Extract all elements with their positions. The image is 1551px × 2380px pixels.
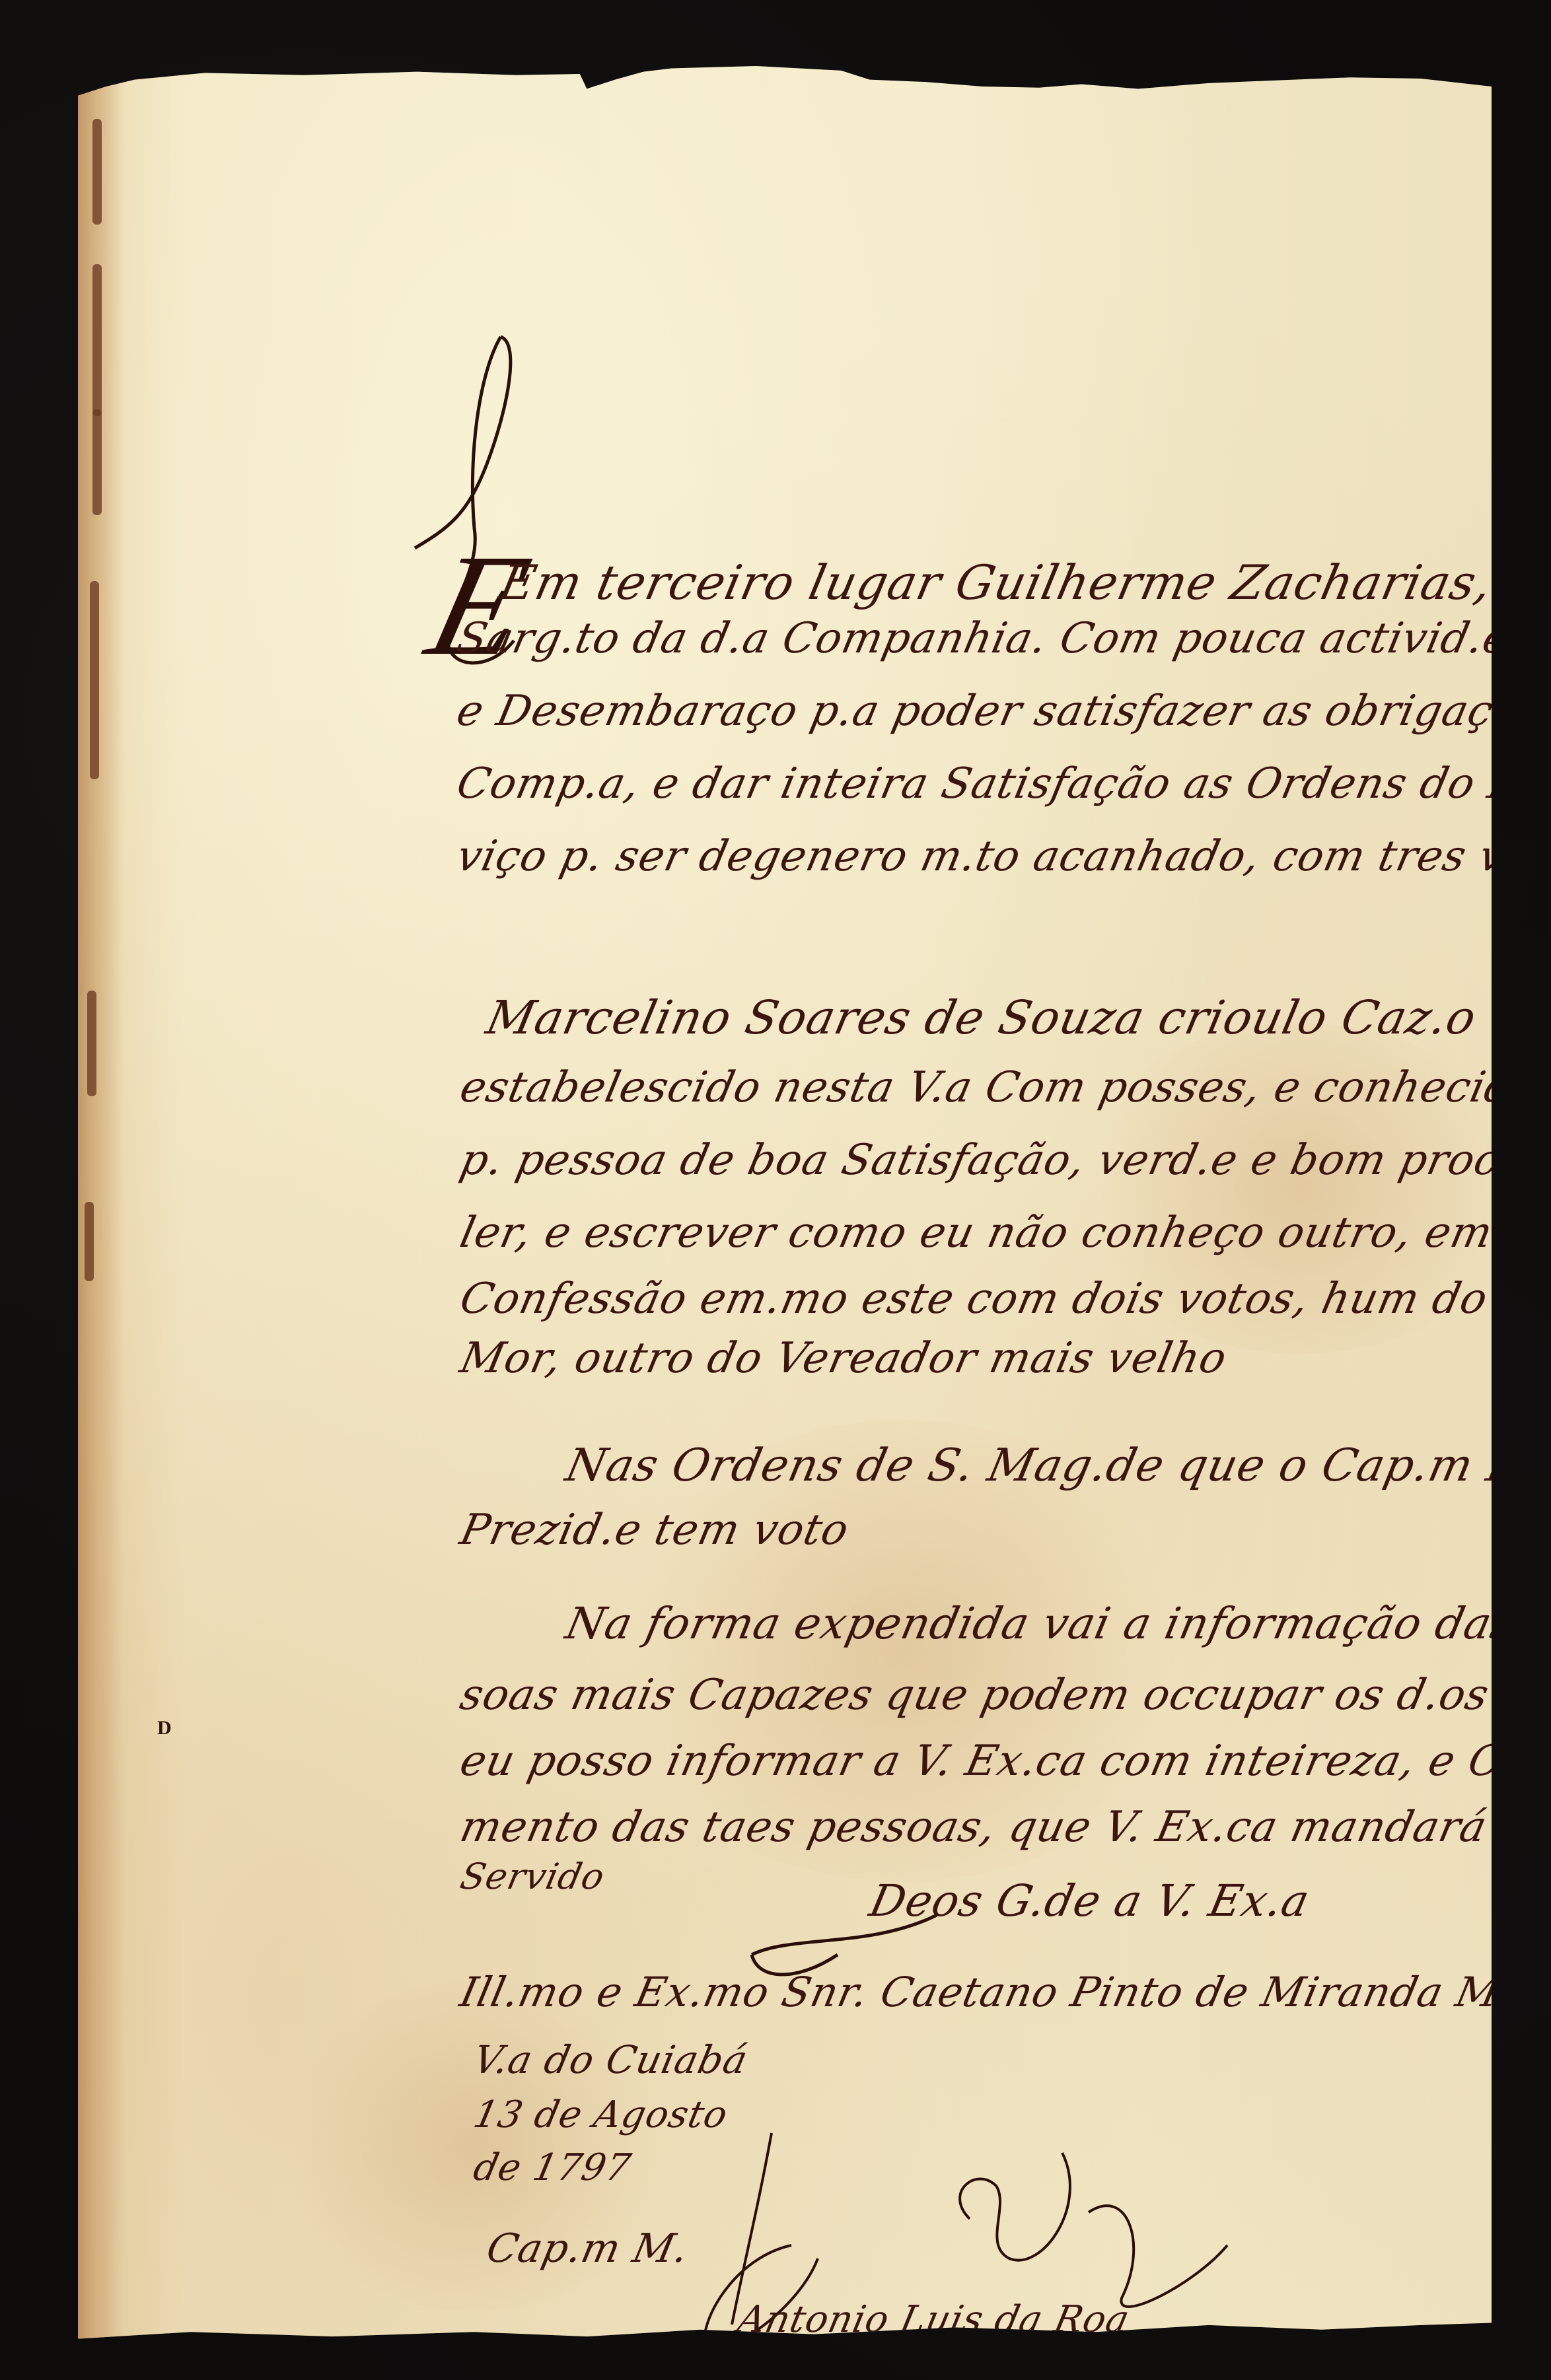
edge-tear (92, 264, 102, 416)
text-line: Sarg.to da d.a Companhia. Com pouca acti… (452, 614, 1551, 663)
date-day-month: 13 de Agosto (470, 2093, 732, 2136)
edge-tear (92, 119, 102, 225)
text-line: viço p. ser degenero m.to acanhado, com … (452, 832, 1551, 881)
text-line: Nas Ordens de S. Mag.de que o Cap.m Mor, (561, 1440, 1551, 1492)
text-line: ler, e escrever como eu não conheço outr… (456, 1208, 1551, 1257)
text-line: estabelescido nesta V.a Com posses, e co… (456, 1063, 1551, 1112)
text-line: eu posso informar a V. Ex.ca com inteire… (456, 1737, 1551, 1786)
text-line: Servido (456, 1856, 608, 1897)
place-text: V.a do Cuiabá (470, 2037, 752, 2082)
signature-title: Cap.m M. (483, 2225, 694, 2272)
margin-mark: D (157, 1717, 172, 1739)
text-line: mento das taes pessoas, que V. Ex.ca man… (456, 1803, 1551, 1852)
text-line: Confessão em.mo este com dois votos, hum… (456, 1275, 1551, 1323)
closing-salutation: Deos G.de a V. Ex.a (865, 1875, 1315, 1926)
edge-tear (85, 1202, 94, 1281)
text-line: p. pessoa de boa Satisfação, verd.e e bo… (456, 1136, 1551, 1185)
edge-tear (90, 581, 99, 779)
manuscript-page: E Em terceiro lugar Guilherme Zacharias,… (78, 66, 1492, 2341)
text-line: Mor, outro do Vereador mais velho (456, 1334, 1231, 1383)
text-line: Comp.a, e dar inteira Satisfação as Orde… (452, 759, 1551, 808)
text-line: Em terceiro lugar Guilherme Zacharias, (495, 555, 1497, 610)
date-year: de 1797 (470, 2146, 635, 2189)
edge-tear (92, 409, 102, 515)
text-line: Marcelino Soares de Souza crioulo Caz.o (482, 991, 1481, 1045)
text-line: soas mais Capazes que podem occupar os d… (456, 1671, 1551, 1720)
text-line: Na forma expendida vai a informação das … (561, 1598, 1551, 1649)
text-line: Prezid.e tem voto (456, 1506, 853, 1555)
text-line: e Desembaraço p.a poder satisfazer as ob… (452, 687, 1551, 736)
addressee-line: Ill.mo e Ex.mo Snr. Caetano Pinto de Mir… (456, 1968, 1551, 2016)
edge-tear (87, 991, 96, 1096)
